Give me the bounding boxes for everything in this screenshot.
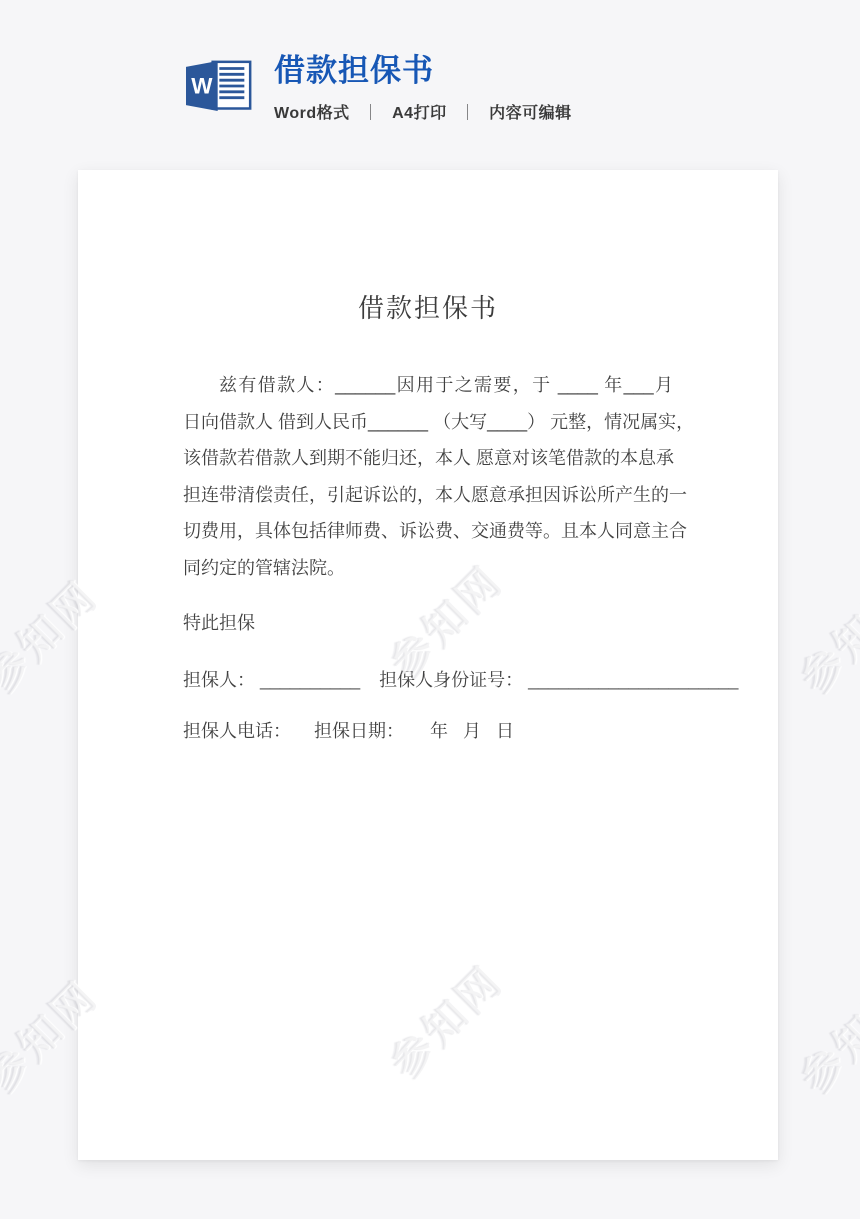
meta-separator: ｜ [363, 100, 380, 123]
date-label: 担保日期： [314, 721, 404, 741]
document-title: 借款担保书 [183, 288, 673, 325]
paragraph-line: 同约定的管辖法院。 [183, 550, 673, 587]
guarantor-label: 担保人： [183, 670, 255, 690]
meta-item-editable: 内容可编辑 [489, 100, 572, 123]
document-body-paragraph: 兹有借款人：______因用于之需要，于 ____ 年___月 日向借款人 借到… [183, 367, 673, 586]
document-page-preview: 借款担保书 兹有借款人：______因用于之需要，于 ____ 年___月 日向… [78, 170, 778, 1160]
guarantor-id-label: 担保人身份证号： [379, 670, 523, 690]
document-content: 借款担保书 兹有借款人：______因用于之需要，于 ____ 年___月 日向… [78, 170, 778, 746]
paragraph-line: 切费用，具体包括律师费、诉讼费、交通费等。且本人同意主合 [183, 513, 673, 550]
closing-statement: 特此担保 [183, 608, 673, 638]
guarantor-id-blank-line: _____________________ [528, 670, 738, 690]
meta-item-format: Word格式 [274, 100, 350, 123]
header-text-block: 借款担保书 Word格式 ｜ A4打印 ｜ 内容可编辑 [274, 54, 572, 123]
date-fields: 年 月 日 [430, 721, 514, 741]
guarantor-blank-line: __________ [260, 670, 360, 690]
word-icon-letter: W [191, 74, 213, 99]
template-title-link[interactable]: 借款担保书 [274, 54, 434, 88]
watermark: 参知网 [785, 965, 860, 1105]
page: { "header": { "icon_letter": "W", "icon_… [0, 0, 860, 1219]
paragraph-line: 兹有借款人：______因用于之需要，于 ____ 年___月 [183, 367, 673, 404]
paragraph-line: 日向借款人 借到人民币______ （大写____） 元整，情况属实， [183, 404, 673, 441]
template-meta: Word格式 ｜ A4打印 ｜ 内容可编辑 [274, 100, 572, 123]
meta-separator: ｜ [460, 100, 477, 123]
watermark: 参知网 [785, 565, 860, 705]
paragraph-line: 该借款若借款人到期不能归还，本人 愿意对该笔借款的本息承 [183, 440, 673, 477]
word-file-icon: W [177, 56, 255, 116]
header: W 借款担保书 Word格式 ｜ A4打印 ｜ 内容可编辑 [177, 54, 572, 123]
phone-label: 担保人电话： [183, 721, 291, 741]
paragraph-line: 担连带清偿责任，引起诉讼的，本人愿意承担因诉讼所产生的一 [183, 477, 673, 514]
meta-item-print: A4打印 [392, 100, 446, 123]
contact-row: 担保人电话： 担保日期： 年 月 日 [183, 716, 673, 746]
signature-row: 担保人： __________ 担保人身份证号： _______________… [183, 665, 673, 695]
